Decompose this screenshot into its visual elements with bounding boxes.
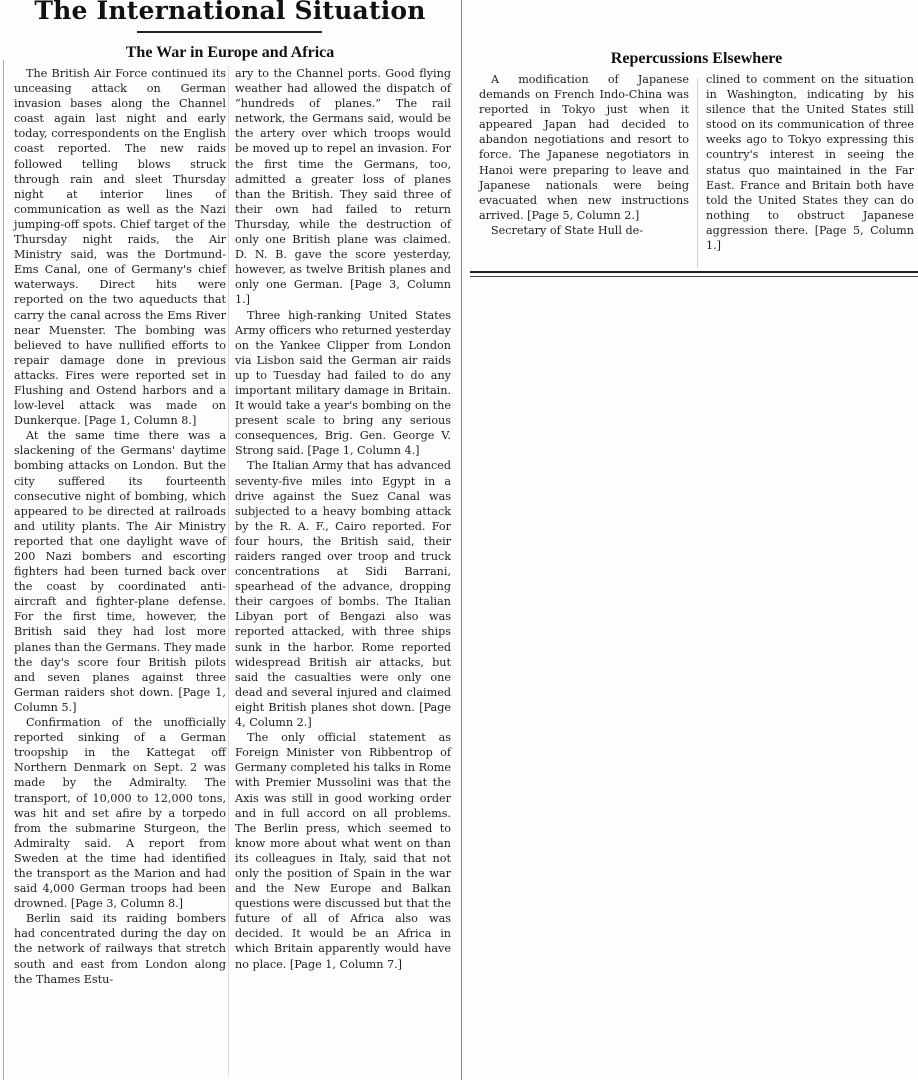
left-margin-rule <box>3 60 4 1080</box>
article-column-2: ary to the Channel ports. Good flying we… <box>235 66 451 972</box>
paragraph: At the same time there was a slackening … <box>14 428 226 715</box>
page-title: The International Situation <box>0 0 460 25</box>
paragraph: The only official statement as Foreign M… <box>235 730 451 972</box>
article-column-4: clined to comment on the situation in Wa… <box>706 72 914 253</box>
section-heading-repercussions: Repercussions Elsewhere <box>475 50 918 68</box>
section-separator-rule <box>461 0 462 1080</box>
column-gutter-rule <box>228 66 229 1076</box>
paragraph: Secretary of State Hull de- <box>479 223 689 238</box>
title-underline-rule <box>137 31 322 33</box>
paragraph: A modification of Japanese demands on Fr… <box>479 72 689 223</box>
column-gutter-rule-right <box>697 78 698 268</box>
article-column-1: The British Air Force continued its unce… <box>14 66 226 987</box>
paragraph: ary to the Channel ports. Good flying we… <box>235 66 451 308</box>
war-in-europe-section: The International Situation The War in E… <box>0 0 460 1080</box>
section-heading-war: The War in Europe and Africa <box>0 44 460 62</box>
paragraph: Confirmation of the unofficially reporte… <box>14 715 226 911</box>
paragraph: clined to comment on the situation in Wa… <box>706 72 914 253</box>
section-end-rule-thin <box>470 276 918 277</box>
section-end-rule <box>470 271 918 273</box>
paragraph: The British Air Force continued its unce… <box>14 66 226 428</box>
article-column-3: A modification of Japanese demands on Fr… <box>479 72 689 238</box>
paragraph: The Italian Army that has advanced seven… <box>235 458 451 730</box>
paragraph: Three high-ranking United States Army of… <box>235 308 451 459</box>
paragraph: Berlin said its raiding bombers had conc… <box>14 911 226 986</box>
